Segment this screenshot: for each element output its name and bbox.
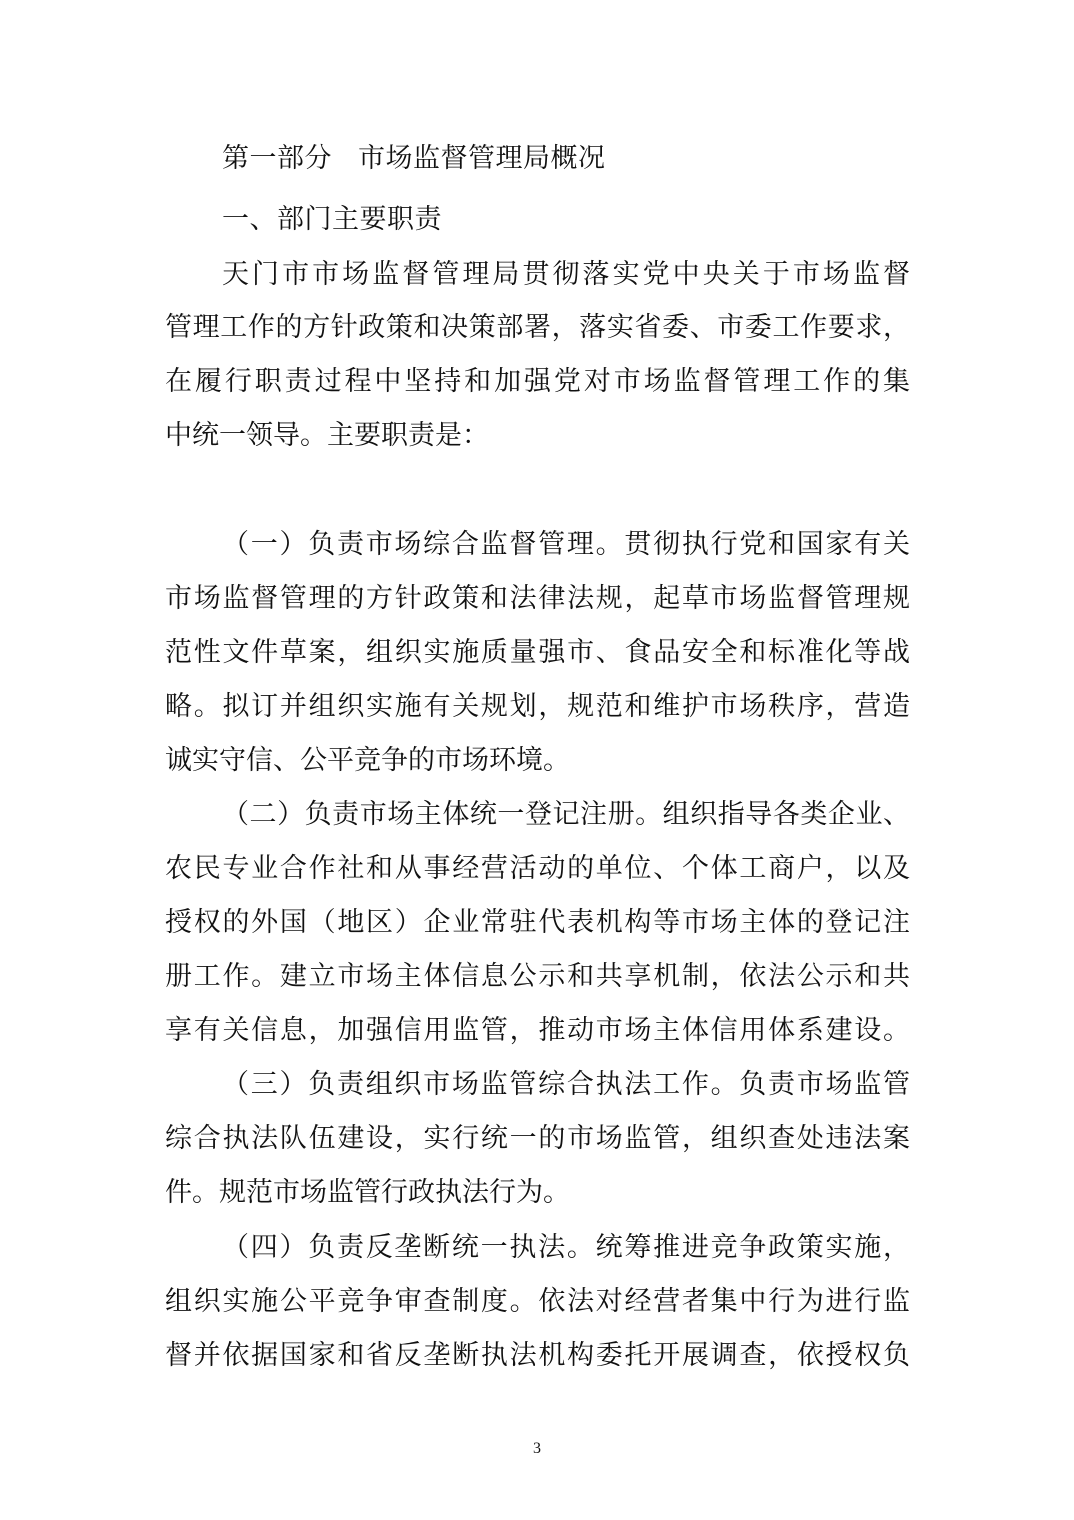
paragraph-line: 天门市市场监督管理局贯彻落实党中央关于市场监督 [222, 258, 910, 292]
item-3-line: 件。规范市场监管行政执法行为。 [165, 1176, 910, 1210]
item-1-line: 诚实守信、公平竞争的市场环境。 [165, 744, 910, 778]
section-title: 一、部门主要职责 [222, 203, 442, 237]
part-title-prefix: 第一部分 [222, 143, 332, 174]
item-1-line: 市场监督管理的方针政策和法律法规，起草市场监督管理规 [165, 582, 910, 616]
item-4-line: 组织实施公平竞争审查制度。依法对经营者集中行为进行监 [165, 1285, 910, 1319]
document-page: 第一部分市场监督管理局概况 一、部门主要职责 天门市市场监督管理局贯彻落实党中央… [0, 0, 1074, 1520]
item-2-line: 册工作。建立市场主体信息公示和共享机制，依法公示和共 [165, 960, 910, 994]
paragraph-line: 中统一领导。主要职责是： [165, 419, 910, 453]
item-2-line: 享有关信息，加强信用监管，推动市场主体信用体系建设。 [165, 1014, 910, 1048]
item-3-line: （三）负责组织市场监管综合执法工作。负责市场监管 [222, 1068, 910, 1102]
item-3-line: 综合执法队伍建设，实行统一的市场监管，组织查处违法案 [165, 1122, 910, 1156]
item-1-line: （一）负责市场综合监督管理。贯彻执行党和国家有关 [222, 528, 910, 562]
item-1-line: 范性文件草案，组织实施质量强市、食品安全和标准化等战 [165, 636, 910, 670]
item-4-line: 督并依据国家和省反垄断执法机构委托开展调查，依授权负 [165, 1339, 910, 1373]
paragraph-line: 管理工作的方针政策和决策部署，落实省委、市委工作要求， [165, 311, 910, 345]
item-2-line: 农民专业合作社和从事经营活动的单位、个体工商户，以及 [165, 852, 910, 886]
page-number: 3 [0, 1440, 1074, 1458]
part-title-text: 市场监督管理局概况 [358, 143, 606, 174]
paragraph-line: 在履行职责过程中坚持和加强党对市场监督管理工作的集 [165, 365, 910, 399]
item-4-line: （四）负责反垄断统一执法。统筹推进竞争政策实施， [222, 1231, 910, 1265]
part-title: 第一部分市场监督管理局概况 [222, 142, 606, 176]
item-1-line: 略。拟订并组织实施有关规划，规范和维护市场秩序，营造 [165, 690, 910, 724]
item-2-line: 授权的外国（地区）企业常驻代表机构等市场主体的登记注 [165, 906, 910, 940]
item-2-line: （二）负责市场主体统一登记注册。组织指导各类企业、 [222, 798, 910, 832]
